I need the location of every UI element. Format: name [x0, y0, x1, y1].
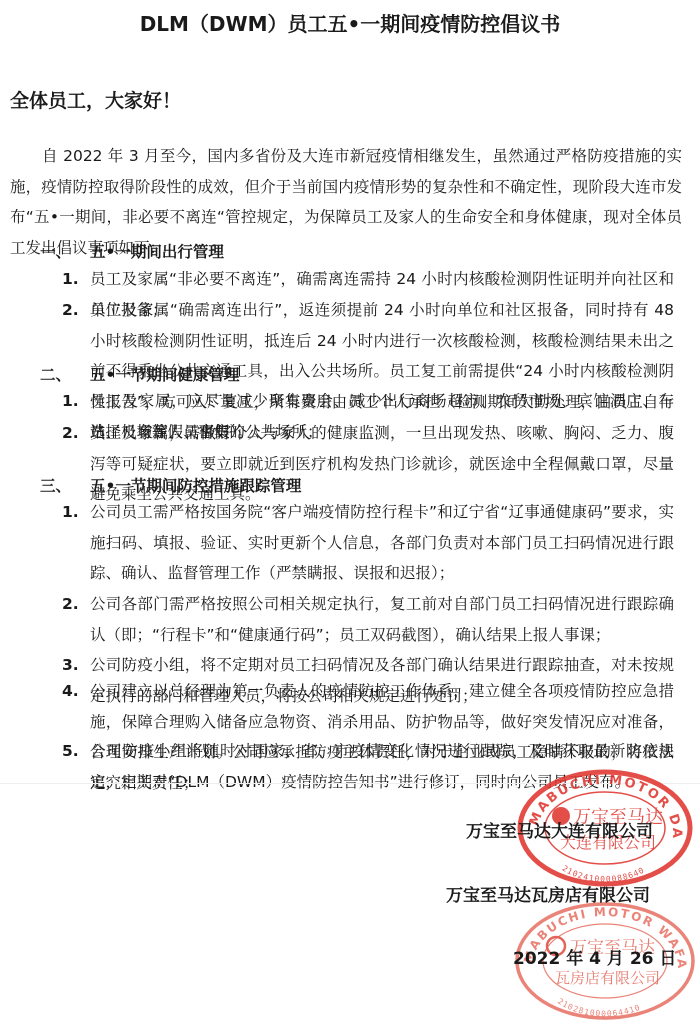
- section-number: 三、: [40, 474, 90, 496]
- section-title: 五•一期间出行管理: [90, 243, 224, 261]
- item-number: 1.: [62, 497, 79, 528]
- section-title: 五•一节期间防控措施跟踪管理: [90, 477, 301, 495]
- signature-date: 2022 年 4 月 26 日: [513, 944, 676, 969]
- item-text: 公司员工需严格按国务院“客户端疫情防控行程卡”和辽宁省“辽事通健康码”要求，实施…: [90, 497, 674, 589]
- item-number: 5.: [62, 736, 79, 767]
- section-number: 二、: [40, 363, 90, 385]
- item-number: 2.: [62, 589, 79, 620]
- section-number: 一、: [40, 240, 90, 262]
- list-item: 1. 公司员工需严格按国务院“客户端疫情防控行程卡”和辽宁省“辽事通健康码”要求…: [62, 497, 674, 589]
- section-title: 五•一节期间健康管理: [90, 366, 239, 384]
- item-number: 4.: [62, 676, 79, 707]
- section-heading-3: 三、五•一节期间防控措施跟踪管理: [40, 474, 301, 496]
- item-number: 1.: [62, 386, 79, 417]
- signature-company-dalian: 万宝至马达大连有限公司: [466, 817, 653, 842]
- item-number: 1.: [62, 264, 79, 295]
- section-heading-2: 二、五•一节期间健康管理: [40, 363, 239, 385]
- item-number: 2.: [62, 295, 79, 326]
- signature-company-wafangdian: 万宝至马达瓦房店有限公司: [446, 881, 650, 906]
- svg-text:瓦房店有限公司: 瓦房店有限公司: [555, 969, 660, 987]
- document-title: DLM（DWM）员工五•一期间疫情防控倡议书: [0, 8, 700, 37]
- item-text: 公司各部门需严格按照公司相关规定执行，复工前对自部门员工扫码情况进行跟踪确认（即…: [90, 589, 674, 650]
- list-item: 2. 公司各部门需严格按照公司相关规定执行，复工前对自部门员工扫码情况进行跟踪确…: [62, 589, 674, 650]
- svg-text:210281000064410: 210281000064410: [556, 997, 642, 1019]
- section-heading-1: 一、五•一期间出行管理: [40, 240, 224, 262]
- greeting: 全体员工，大家好！: [10, 86, 181, 113]
- item-number: 2.: [62, 418, 79, 449]
